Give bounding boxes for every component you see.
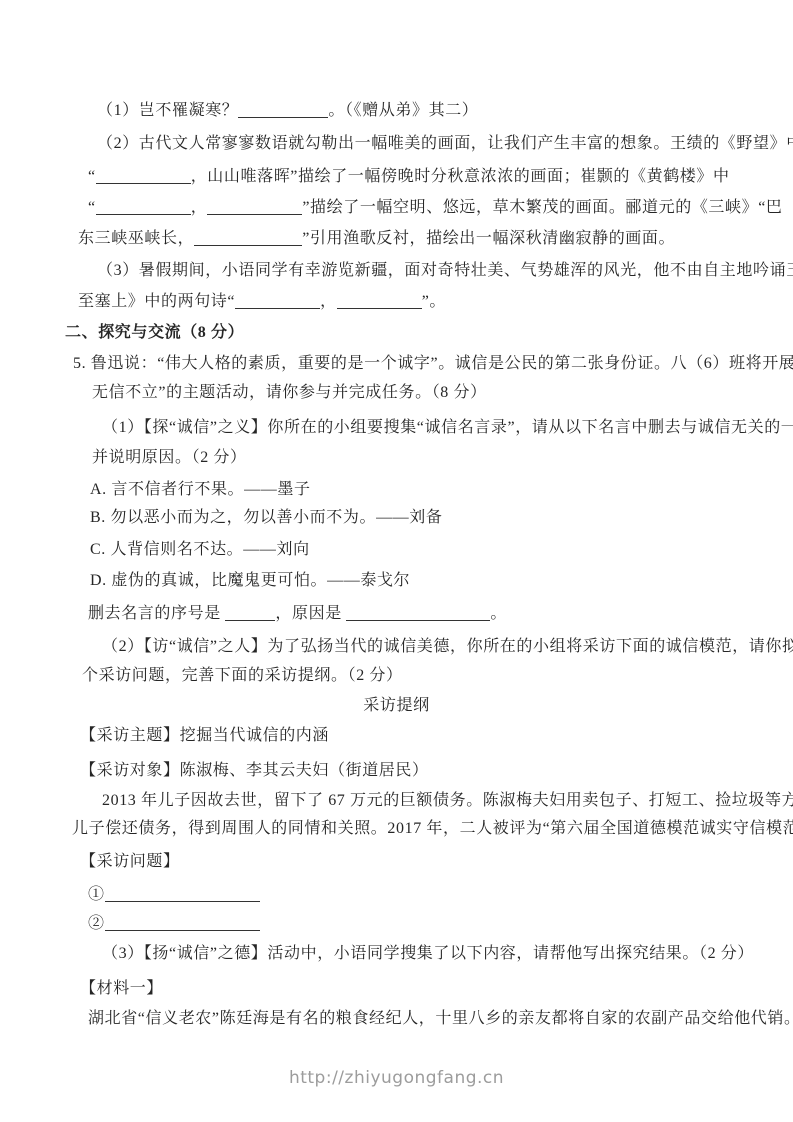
q5-intro: 5. 鲁迅说：“伟大人格的素质，重要的是一个诚字”。诚信是公民的第二张身份证。八… — [73, 353, 793, 375]
text-run: 东三峡巫峡长， — [78, 230, 194, 247]
q5-1-task: （1）【探“诚信”之义】你所在的小组要搜集“诚信名言录”，请从以下名言中删去与诚… — [102, 417, 793, 439]
text-run: 并说明原因。（2 分） — [92, 449, 247, 466]
text-run: ② — [88, 915, 105, 932]
text-run: 无信不立”的主题活动，请你参与并完成任务。（8 分） — [92, 384, 487, 401]
interview-topic: 【采访主题】挖掘当代诚信的内涵 — [80, 725, 329, 747]
answer-blank — [337, 292, 422, 309]
text-run: 二、探究与交流（8 分） — [65, 324, 244, 341]
text-run: B. 勿以恶小而为之，勿以善小而不为。——刘备 — [90, 509, 442, 526]
text-run: C. 人背信则名不达。——刘向 — [90, 541, 310, 558]
q2-line-huanghelou: “，”描绘了一幅空明、悠远，草木繁茂的画面。郦道元的《三峡》“巴 — [88, 197, 783, 219]
text-run: 。（《赠从弟》其二） — [328, 102, 478, 119]
text-run: ， — [320, 293, 337, 310]
interview-question-2: ② — [88, 913, 260, 935]
text-run: ”描绘了一幅空明、悠远，草木繁茂的画面。郦道元的《三峡》“巴 — [302, 199, 782, 216]
text-run: （2）【访“诚信”之人】为了弘扬当代的诚信美德，你所在的小组将采访下面的诚信模范… — [102, 638, 793, 655]
interview-background-2: 儿子偿还债务，得到周围人的同情和关照。2017 年，二人被评为“第六届全国道德模… — [72, 818, 793, 840]
answer-blank — [96, 198, 191, 215]
text-run: 个采访问题，完善下面的采访提纲。（2 分） — [82, 667, 403, 684]
text-run: （3）【扬“诚信”之德】活动中，小语同学搜集了以下内容，请帮他写出探究结果。（2… — [102, 945, 754, 962]
answer-blank — [225, 604, 275, 621]
interview-outline-title: 采访提纲 — [0, 695, 793, 717]
text-run: 采访提纲 — [363, 697, 429, 714]
text-run: 【采访问题】 — [80, 853, 180, 870]
text-run: 儿子偿还债务，得到周围人的同情和关照。2017 年，二人被评为“第六届全国道德模… — [72, 820, 793, 837]
q5-1-answer-line: 删去名言的序号是 ，原因是 。 — [88, 603, 507, 625]
answer-blank — [235, 292, 320, 309]
text-run: 删去名言的序号是 — [88, 605, 225, 622]
answer-blank — [96, 167, 191, 184]
interview-questions-label: 【采访问题】 — [80, 851, 180, 873]
footer-url: http://zhiyugongfang.cn — [0, 1068, 793, 1088]
document-page: http://zhiyugongfang.cn （1）岂不罹凝寒？。（《赠从弟》… — [0, 0, 793, 1122]
text-run: ，山山唯落晖”描绘了一幅傍晚时分秋意浓浓的画面；崔颢的《黄鹤楼》中 — [191, 168, 730, 185]
text-run: A. 言不信者行不果。——墨子 — [90, 481, 311, 498]
q3-intro: （3）暑假期间，小语同学有幸游览新疆，面对奇特壮美、气势雄浑的风光，他不由自主地… — [97, 260, 793, 282]
text-run: D. 虚伪的真诚，比魔鬼更可怕。——泰戈尔 — [90, 572, 410, 589]
text-run: 。 — [490, 605, 507, 622]
text-run: 【采访主题】挖掘当代诚信的内涵 — [80, 727, 329, 744]
option-d: D. 虚伪的真诚，比魔鬼更可怕。——泰戈尔 — [90, 570, 410, 592]
option-a: A. 言不信者行不果。——墨子 — [90, 479, 311, 501]
q3-shizhisaishang: 至塞上》中的两句诗“，”。 — [78, 291, 446, 313]
material-1-label: 【材料一】 — [80, 978, 163, 1000]
q5-2-task: （2）【访“诚信”之人】为了弘扬当代的诚信美德，你所在的小组将采访下面的诚信模范… — [102, 636, 793, 658]
answer-blank — [346, 604, 490, 621]
text-run: ”引用渔歌反衬，描绘出一幅深秋清幽寂静的画面。 — [302, 230, 675, 247]
text-run: ”。 — [422, 293, 446, 310]
option-c: C. 人背信则名不达。——刘向 — [90, 539, 310, 561]
text-run: 【采访对象】陈淑梅、李其云夫妇（街道居民） — [80, 762, 429, 779]
interview-question-1: ① — [88, 884, 260, 906]
q2-line-yewang: “，山山唯落晖”描绘了一幅傍晚时分秋意浓浓的画面；崔颢的《黄鹤楼》中 — [88, 166, 730, 188]
q5-3-task: （3）【扬“诚信”之德】活动中，小语同学搜集了以下内容，请帮他写出探究结果。（2… — [102, 943, 754, 965]
text-run: 湖北省“信义老农”陈廷海是有名的粮食经纪人，十里八乡的亲友都将自家的农副产品交给… — [88, 1010, 793, 1027]
q5-intro-cont: 无信不立”的主题活动，请你参与并完成任务。（8 分） — [92, 382, 487, 404]
text-run: 5. 鲁迅说：“伟大人格的素质，重要的是一个诚字”。诚信是公民的第二张身份证。八… — [73, 355, 793, 372]
interview-background-1: 2013 年儿子因故去世，留下了 67 万元的巨额债务。陈淑梅夫妇用卖包子、打短… — [102, 790, 793, 812]
text-run: （2）古代文人常寥寥数语就勾勒出一幅唯美的画面，让我们产生丰富的想象。王绩的《野… — [97, 135, 793, 152]
text-run: （3）暑假期间，小语同学有幸游览新疆，面对奇特壮美、气势雄浑的风光，他不由自主地… — [97, 262, 793, 279]
answer-blank — [105, 885, 260, 902]
answer-blank — [194, 229, 302, 246]
text-run: 至塞上》中的两句诗“ — [78, 293, 235, 310]
answer-blank — [105, 914, 260, 931]
text-run: ， — [191, 199, 208, 216]
q2-line-sanxia: 东三峡巫峡长，”引用渔歌反衬，描绘出一幅深秋清幽寂静的画面。 — [78, 228, 675, 250]
text-run: ① — [88, 886, 105, 903]
q5-2-task-cont: 个采访问题，完善下面的采访提纲。（2 分） — [82, 665, 403, 687]
text-run: “ — [88, 168, 96, 185]
answer-blank — [207, 198, 302, 215]
answer-blank — [238, 101, 328, 118]
option-b: B. 勿以恶小而为之，勿以善小而不为。——刘备 — [90, 507, 442, 529]
material-1-content: 湖北省“信义老农”陈廷海是有名的粮食经纪人，十里八乡的亲友都将自家的农副产品交给… — [88, 1008, 793, 1030]
q2-intro: （2）古代文人常寥寥数语就勾勒出一幅唯美的画面，让我们产生丰富的想象。王绩的《野… — [97, 133, 793, 155]
text-run: （1）【探“诚信”之义】你所在的小组要搜集“诚信名言录”，请从以下名言中删去与诚… — [102, 419, 793, 436]
q5-1-task-cont: 并说明原因。（2 分） — [92, 447, 247, 469]
q1-poem-fill: （1）岂不罹凝寒？。（《赠从弟》其二） — [97, 100, 478, 122]
interview-subject: 【采访对象】陈淑梅、李其云夫妇（街道居民） — [80, 760, 429, 782]
text-run: ，原因是 — [275, 605, 346, 622]
text-run: （1）岂不罹凝寒？ — [97, 102, 238, 119]
text-run: 2013 年儿子因故去世，留下了 67 万元的巨额债务。陈淑梅夫妇用卖包子、打短… — [102, 792, 793, 809]
section2-heading: 二、探究与交流（8 分） — [65, 322, 244, 344]
text-run: 【材料一】 — [80, 980, 163, 997]
text-run: “ — [88, 199, 96, 216]
